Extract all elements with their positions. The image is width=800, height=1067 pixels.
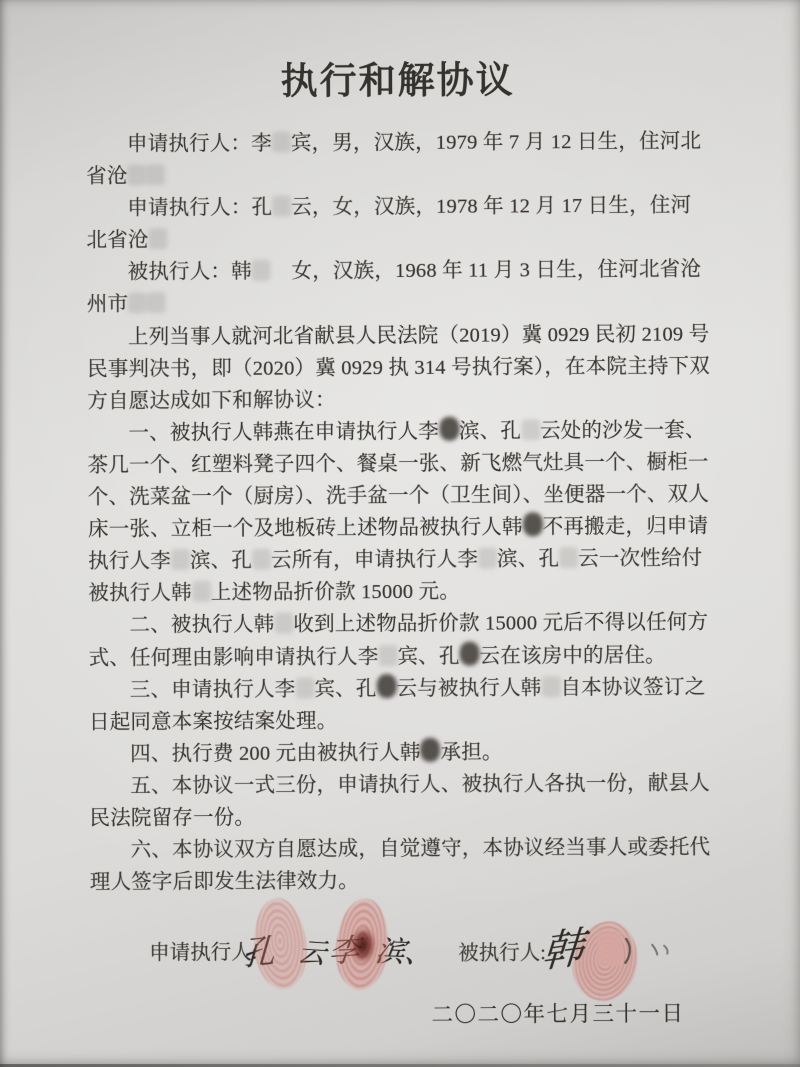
document-line: 被执行人韩上述物品折价款 15000 元。 xyxy=(88,575,736,610)
document-body: 申请执行人：李宾，男，汉族，1979 年 7 月 12 日生，住河北省沧申请执行… xyxy=(86,125,738,899)
redaction-smudge-light xyxy=(192,581,211,602)
redaction-smudge-light xyxy=(521,419,540,440)
document-photo: 执行和解协议 申请执行人：李宾，男，汉族，1979 年 7 月 12 日生，住河… xyxy=(0,0,800,1067)
paper-content: 执行和解协议 申请执行人：李宾，男，汉族，1979 年 7 月 12 日生，住河… xyxy=(0,0,800,1067)
document-line: 省沧 xyxy=(86,157,734,192)
redaction-smudge-dark xyxy=(439,417,459,441)
redaction-smudge-dark xyxy=(376,674,396,698)
document-line: 三、申请执行人李宾、孔云与被执行人韩自本协议签订之 xyxy=(89,671,737,706)
document-line: 执行人李滨、孔云所有，申请执行人李滨、孔云一次性给付 xyxy=(88,542,736,577)
fingerprint-left xyxy=(249,895,311,992)
document-line: 五、本协议一式三份，申请执行人、被执行人各执一份，献县人 xyxy=(89,767,737,802)
document-line: 式、任何理由影响申请执行人李宾、孔云在该房中的居住。 xyxy=(89,639,737,674)
document-line: 四、执行费 200 元由被执行人韩承担。 xyxy=(89,735,737,770)
fingerprint-middle xyxy=(333,897,391,992)
respondent-signature-scribble xyxy=(622,933,672,969)
redaction-smudge-light xyxy=(272,196,291,217)
redaction-smudge-light xyxy=(252,549,271,570)
redaction-smudge-light xyxy=(127,164,146,185)
document-line: 申请执行人：孔云，女，汉族，1978 年 12 月 17 日生，住河 xyxy=(86,189,734,224)
redaction-smudge-light xyxy=(128,293,147,314)
document-line: 民事判决书，即（2020）冀 0929 执 314 号执行案），在本院主持下双 xyxy=(87,350,735,385)
redaction-smudge-light xyxy=(274,613,293,634)
document-line: 床一张、立柜一个及地板砖上述物品被执行人韩不再搬走，归申请 xyxy=(88,510,736,545)
document-title: 执行和解协议 xyxy=(0,48,798,106)
document-line: 个、洗菜盆一个（厨房）、洗手盆一个（卫生间）、坐便器一个、双人 xyxy=(88,478,736,513)
redaction-smudge-light xyxy=(149,228,168,249)
redaction-smudge-light xyxy=(272,132,291,153)
redaction-smudge-dark xyxy=(420,738,440,762)
document-line: 茶几一个、红塑料凳子四个、餐桌一张、新飞燃气灶具一个、橱柜一 xyxy=(88,446,736,481)
document-date: 二〇二〇年七月三十一日 xyxy=(431,997,684,1029)
redaction-smudge-light xyxy=(478,548,497,569)
document-line: 被执行人：韩 女，汉族，1968 年 11 月 3 日生，住河北省沧 xyxy=(87,254,735,289)
redaction-smudge-dark xyxy=(459,641,479,665)
redaction-smudge-light xyxy=(146,164,165,185)
fingerprint-dark-core xyxy=(348,924,379,966)
redaction-smudge-light xyxy=(295,677,314,698)
respondent-signature-handwriting: 韩 xyxy=(540,914,587,980)
document-line: 理人签字后即发生法律效力。 xyxy=(90,863,738,898)
document-line: 州市 xyxy=(87,286,735,321)
document-line: 一、被执行人韩燕在申请执行人李滨、孔云处的沙发一套、 xyxy=(87,414,735,449)
document-line: 上列当事人就河北省献县人民法院（2019）冀 0929 民初 2109 号 xyxy=(87,318,735,353)
document-line: 日起同意本案按结案处理。 xyxy=(89,703,737,738)
redaction-smudge-light xyxy=(252,260,271,281)
document-line: 二、被执行人韩收到上述物品折价款 15000 元后不得以任何方 xyxy=(88,607,736,642)
redaction-smudge-light xyxy=(147,293,166,314)
document-line: 北省沧 xyxy=(86,222,734,257)
redaction-smudge-light xyxy=(378,645,397,666)
document-line: 申请执行人：李宾，男，汉族，1979 年 7 月 12 日生，住河北 xyxy=(86,125,734,160)
respondent-signature-label: 被执行人: xyxy=(458,935,546,965)
redaction-smudge-dark xyxy=(523,512,543,536)
document-line: 六、本协议双方自愿达成，自觉遵守，本协议经当事人或委托代 xyxy=(90,831,738,866)
redaction-smudge-light xyxy=(171,549,190,570)
document-line: 民法院留存一份。 xyxy=(89,799,737,834)
document-line: 方自愿达成如下和解协议： xyxy=(87,382,735,417)
redaction-smudge-light xyxy=(559,547,578,568)
redaction-smudge-light xyxy=(541,676,560,697)
redaction-patch xyxy=(597,931,622,966)
